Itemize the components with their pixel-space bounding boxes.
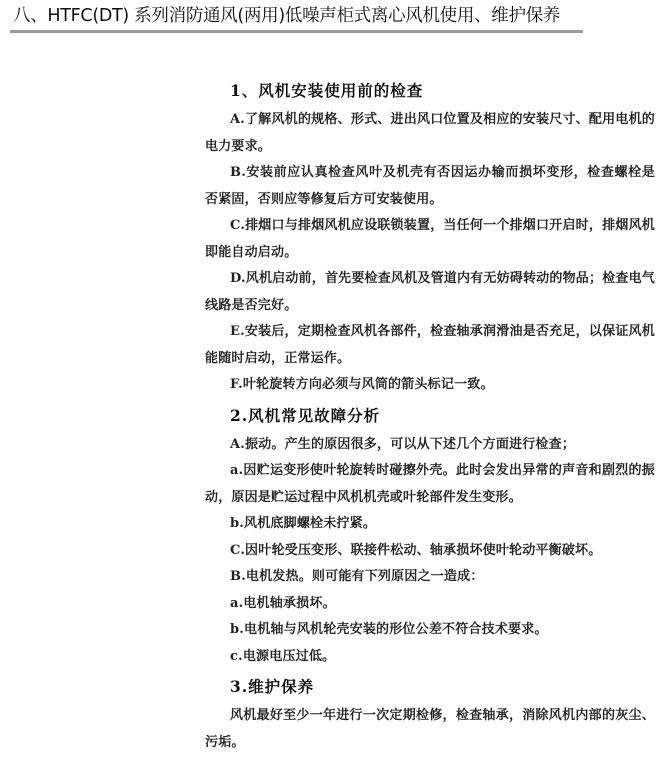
section-heading: 3.维护保养 <box>230 676 655 698</box>
document-body: 1、风机安装使用前的检查 A.了解风机的规格、形式、进出风口位置及相应的安装尺寸… <box>205 80 655 756</box>
paragraph-item-e: E.安装后，定期检查风机各部件，检查轴承润滑油是否充足，以保证风机能随时启动，正… <box>205 319 655 372</box>
paragraph-motor-heating-c: c.电源电压过低。 <box>205 644 655 671</box>
paragraph-item-d: D.风机启动前，首先要检查风机及管道内有无妨碍转动的物品；检查电气线路是否完好。 <box>205 266 655 319</box>
section-heading: 2.风机常见故障分析 <box>230 405 655 427</box>
paragraph-item-a: A.了解风机的规格、形式、进出风口位置及相应的安装尺寸、配用电机的电力要求。 <box>205 107 655 160</box>
paragraph-vibration-b: b.风机底脚螺栓未拧紧。 <box>205 511 655 538</box>
paragraph-vibration-a: a.因贮运变形使叶轮旋转时碰擦外壳。此时会发出异常的声音和剧烈的振动，原因是贮运… <box>205 458 655 511</box>
paragraph-motor-heating-b: b.电机轴与风机轮壳安装的形位公差不符合技术要求。 <box>205 617 655 644</box>
paragraph-vibration-c: C.因叶轮受压变形、联接件松动、轴承损坏使叶轮动平衡破坏。 <box>205 538 655 565</box>
paragraph-motor-heating: B.电机发热。则可能有下列原因之一造成： <box>205 564 655 591</box>
section-maintenance: 3.维护保养 风机最好至少一年进行一次定期检修，检查轴承，消除风机内部的灰尘、污… <box>205 676 655 756</box>
paragraph-motor-heating-a: a.电机轴承损坏。 <box>205 591 655 618</box>
paragraph-maintenance: 风机最好至少一年进行一次定期检修，检查轴承，消除风机内部的灰尘、污垢。 <box>205 703 655 756</box>
paragraph-item-f: F.叶轮旋转方向必须与风筒的箭头标记一致。 <box>205 372 655 399</box>
section-fault-analysis: 2.风机常见故障分析 A.振动。产生的原因很多，可以从下述几个方面进行检查； a… <box>205 405 655 671</box>
paragraph-vibration: A.振动。产生的原因很多，可以从下述几个方面进行检查； <box>205 432 655 459</box>
section-pre-installation-check: 1、风机安装使用前的检查 A.了解风机的规格、形式、进出风口位置及相应的安装尺寸… <box>205 80 655 399</box>
section-heading: 1、风机安装使用前的检查 <box>230 80 655 102</box>
paragraph-item-b: B.安装前应认真检查风叶及机壳有否因运办输而损坏变形，检查螺栓是否紧固，否则应等… <box>205 160 655 213</box>
paragraph-item-c: C.排烟口与排烟风机应设联锁装置，当任何一个排烟口开启时，排烟风机即能自动启动。 <box>205 213 655 266</box>
title-underline-rule <box>10 30 583 33</box>
document-title: 八、HTFC(DT) 系列消防通风(两用)低噪声柜式离心风机使用、维护保养 <box>13 4 583 28</box>
